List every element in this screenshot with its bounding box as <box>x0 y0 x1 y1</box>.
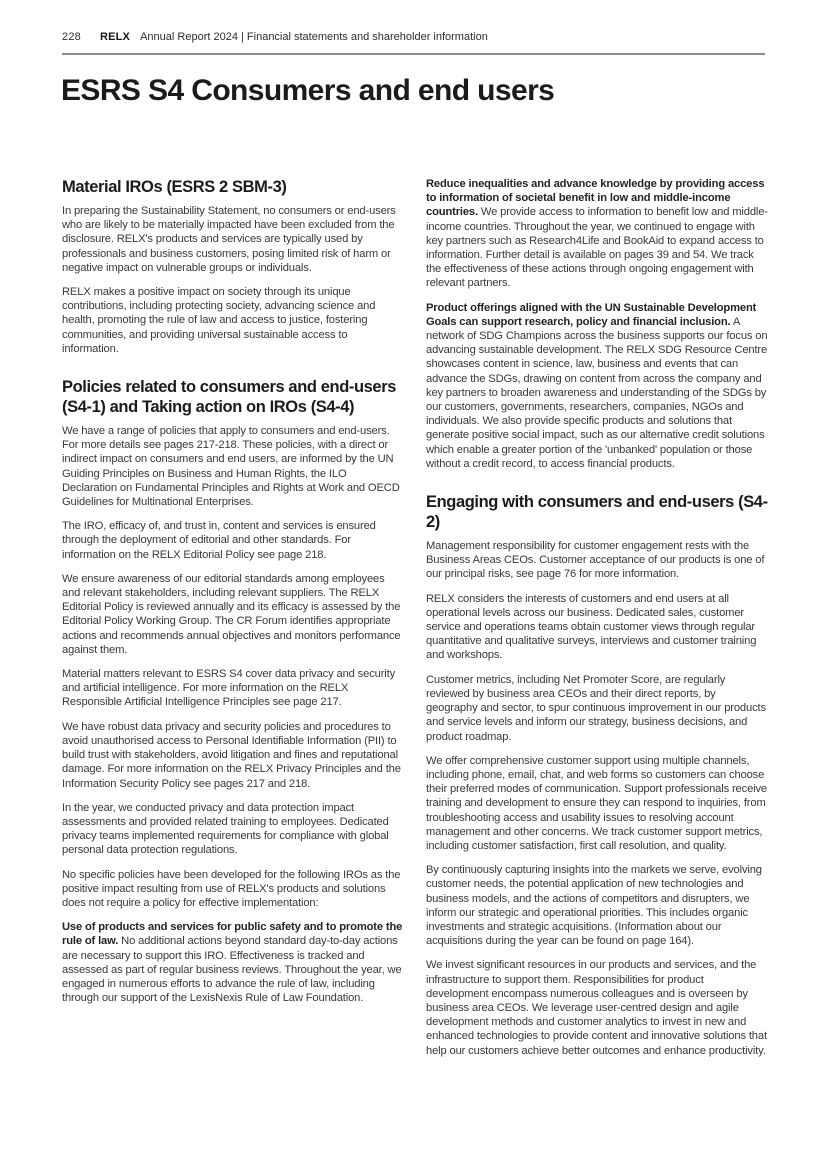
paragraph: We have a range of policies that apply t… <box>62 424 404 509</box>
paragraph: The IRO, efficacy of, and trust in, cont… <box>62 519 404 562</box>
paragraph: Reduce inequalities and advance knowledg… <box>426 177 768 291</box>
section-heading: Engaging with consumers and end-users (S… <box>426 492 768 532</box>
paragraph: In preparing the Sustainability Statemen… <box>62 204 404 275</box>
page-header: 228 RELX Annual Report 2024 | Financial … <box>62 31 765 43</box>
report-subtitle: Annual Report 2024 | Financial statement… <box>140 31 488 43</box>
page-number: 228 <box>62 31 81 43</box>
section-heading: Policies related to consumers and end-us… <box>62 377 404 417</box>
section-engaging-consumers: Engaging with consumers and end-users (S… <box>426 492 768 1058</box>
section-material-iros: Material IROs (ESRS 2 SBM-3) In preparin… <box>62 177 404 356</box>
section-policies-and-actions: Policies related to consumers and end-us… <box>62 377 404 1005</box>
brand-logo-text: RELX <box>100 31 130 43</box>
paragraph: RELX considers the interests of customer… <box>426 592 768 663</box>
paragraph: We invest significant resources in our p… <box>426 958 768 1057</box>
section-sdg-impacts: Reduce inequalities and advance knowledg… <box>426 177 768 471</box>
report-page: 228 RELX Annual Report 2024 | Financial … <box>0 0 825 1168</box>
paragraph: Material matters relevant to ESRS S4 cov… <box>62 667 404 710</box>
page-title: ESRS S4 Consumers and end users <box>61 74 554 108</box>
section-heading: Material IROs (ESRS 2 SBM-3) <box>62 177 404 197</box>
paragraph: We offer comprehensive customer support … <box>426 754 768 853</box>
paragraph: By continuously capturing insights into … <box>426 863 768 948</box>
paragraph: No specific policies have been developed… <box>62 868 404 911</box>
paragraph: In the year, we conducted privacy and da… <box>62 801 404 858</box>
paragraph: We ensure awareness of our editorial sta… <box>62 572 404 657</box>
paragraph: Use of products and services for public … <box>62 920 404 1005</box>
left-column: Material IROs (ESRS 2 SBM-3) In preparin… <box>62 177 404 1058</box>
paragraph: Product offerings aligned with the UN Su… <box>426 301 768 471</box>
paragraph-bold-lead: Product offerings aligned with the UN Su… <box>426 302 756 328</box>
right-column: Reduce inequalities and advance knowledg… <box>426 177 768 1058</box>
content-columns: Material IROs (ESRS 2 SBM-3) In preparin… <box>62 177 767 1058</box>
paragraph-text: A network of SDG Champions across the bu… <box>426 316 767 470</box>
header-rule <box>62 53 765 55</box>
paragraph: RELX makes a positive impact on society … <box>62 285 404 356</box>
paragraph: Management responsibility for customer e… <box>426 539 768 582</box>
paragraph: We have robust data privacy and security… <box>62 720 404 791</box>
paragraph-text: We provide access to information to bene… <box>426 206 768 289</box>
paragraph: Customer metrics, including Net Promoter… <box>426 673 768 744</box>
